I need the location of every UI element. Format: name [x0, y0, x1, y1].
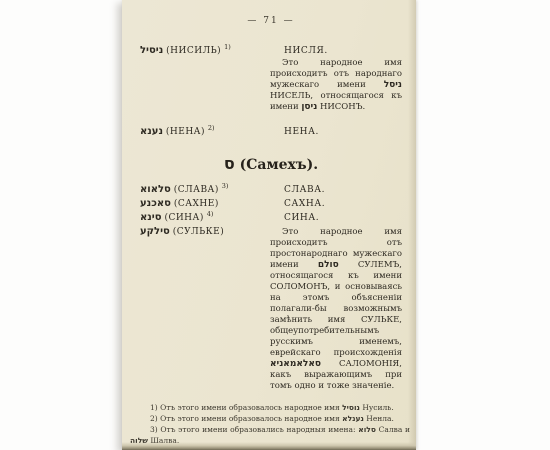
footnote-text: 3) Отъ этого имени образовались народныя…	[150, 425, 358, 434]
footnote-ref: 4)	[207, 210, 214, 218]
hebrew-word: סילקע	[140, 226, 170, 237]
footnote-3: 3) Отъ этого имени образовались народныя…	[130, 424, 410, 446]
footnote-1: 1) Отъ этого имени образовалось народное…	[130, 402, 410, 413]
entry-sina: סינא (СИНА) 4) СИНА.	[140, 212, 402, 224]
hebrew-word: ניסיל	[140, 45, 163, 56]
page-number: — 71 —	[140, 16, 402, 26]
entry-name: (СИНА)	[164, 213, 203, 223]
entry-nisil-right: НИСЛЯ. Это народное имя происходитъ отъ …	[270, 45, 402, 113]
entry-nena: נענא (НЕНА) 2) НЕНА.	[140, 126, 402, 138]
footnote-text: Ненла.	[364, 414, 394, 423]
hebrew-word: סינא	[140, 212, 162, 223]
entry-title: СЛАВА.	[270, 184, 402, 196]
hebrew-word-inline: סלוא	[358, 425, 376, 434]
entry-nena-left: נענא (НЕНА) 2)	[140, 126, 270, 138]
footnotes: 1) Отъ этого имени образовалось народное…	[130, 402, 410, 450]
paragraph-text: СУЛЕМЪ, относящагося къ имени СОЛОМОНЪ, …	[270, 260, 402, 358]
footnote-text: Шалва.	[148, 436, 179, 445]
entry-name: (НИСИЛЬ)	[166, 46, 221, 56]
footnote-4: 4) Отъ этого имени образовалось народное…	[130, 446, 410, 450]
entry-name: (СЛАВА)	[174, 185, 219, 195]
entry-sakhne: סאכנע (САХНЕ) САХНА.	[140, 198, 402, 210]
hebrew-word-inline: סולם	[318, 260, 339, 270]
footnote-ref: 3)	[222, 182, 229, 190]
hebrew-letter-samekh: ס	[224, 154, 235, 173]
scanned-book-photo: — 71 — ניסיל (НИСИЛЬ) 1) НИСЛЯ. Это наро…	[0, 0, 550, 450]
hebrew-word-inline: נוסיל	[342, 403, 360, 412]
entry-slava: סלאוא (СЛАВА) 3) СЛАВА.	[140, 184, 402, 196]
entry-title: СИНА.	[270, 212, 402, 224]
footnote-text: 2) Отъ этого имени образовалось народное…	[150, 414, 342, 423]
entry-title: НЕНА.	[270, 126, 402, 138]
entry-sakhne-left: סאכנע (САХНЕ)	[140, 198, 270, 210]
footnote-ref: 1)	[224, 43, 231, 51]
hebrew-word-inline: סאלאמאניא	[270, 359, 321, 369]
hebrew-word-inline: שלוה	[130, 436, 148, 445]
hebrew-word: נענא	[140, 126, 163, 137]
entry-name: (СУЛЬКЕ)	[173, 227, 225, 237]
entry-sulke: סילקע (СУЛЬКЕ) Это народное имя происход…	[140, 226, 402, 392]
entry-slava-left: סלאוא (СЛАВА) 3)	[140, 184, 270, 196]
hebrew-word-inline: נענלא	[342, 414, 364, 423]
entry-title: НИСЛЯ.	[270, 45, 402, 57]
entry-nisil: ניסיל (НИСИЛЬ) 1) НИСЛЯ. Это народное им…	[140, 45, 402, 113]
footnote-2: 2) Отъ этого имени образовалось народное…	[130, 413, 410, 424]
hebrew-word-inline: ניסל	[384, 80, 402, 90]
section-header-samekh: ס (Самехъ).	[140, 154, 402, 173]
footnote-text: Нусиль.	[360, 403, 394, 412]
entry-nisil-left: ניסיל (НИСИЛЬ) 1)	[140, 45, 270, 57]
entry-sulke-paragraph: Это народное имя происходитъ отъ простон…	[270, 227, 402, 392]
entry-title: САХНА.	[270, 198, 402, 210]
footnote-text: 1) Отъ этого имени образовалось народное…	[150, 403, 342, 412]
hebrew-word: סאכנע	[140, 198, 171, 209]
paragraph-text: Это народное имя происходитъ отъ народна…	[270, 58, 402, 90]
page-right-edge-shadow	[408, 0, 416, 450]
hebrew-word-inline: ניסן	[301, 102, 317, 112]
samekh-entries: סלאוא (СЛАВА) 3) СЛАВА. סאכנע (САХНЕ) СА…	[140, 184, 402, 392]
entry-name: (НЕНА)	[166, 127, 205, 137]
book-page: — 71 — ניסיל (НИСИЛЬ) 1) НИСЛЯ. Это наро…	[122, 0, 416, 450]
entry-name: (САХНЕ)	[174, 199, 219, 209]
entry-sulke-left: סילקע (СУЛЬКЕ)	[140, 226, 270, 238]
paragraph-text: НИСОНЪ.	[317, 102, 365, 112]
entry-nisil-paragraph: Это народное имя происходитъ отъ народна…	[270, 58, 402, 113]
footnote-text: Салва и	[376, 425, 410, 434]
section-title: (Самехъ).	[235, 157, 318, 173]
entry-sina-left: סינא (СИНА) 4)	[140, 212, 270, 224]
hebrew-word: סלאוא	[140, 184, 171, 195]
footnote-ref: 2)	[208, 124, 215, 132]
